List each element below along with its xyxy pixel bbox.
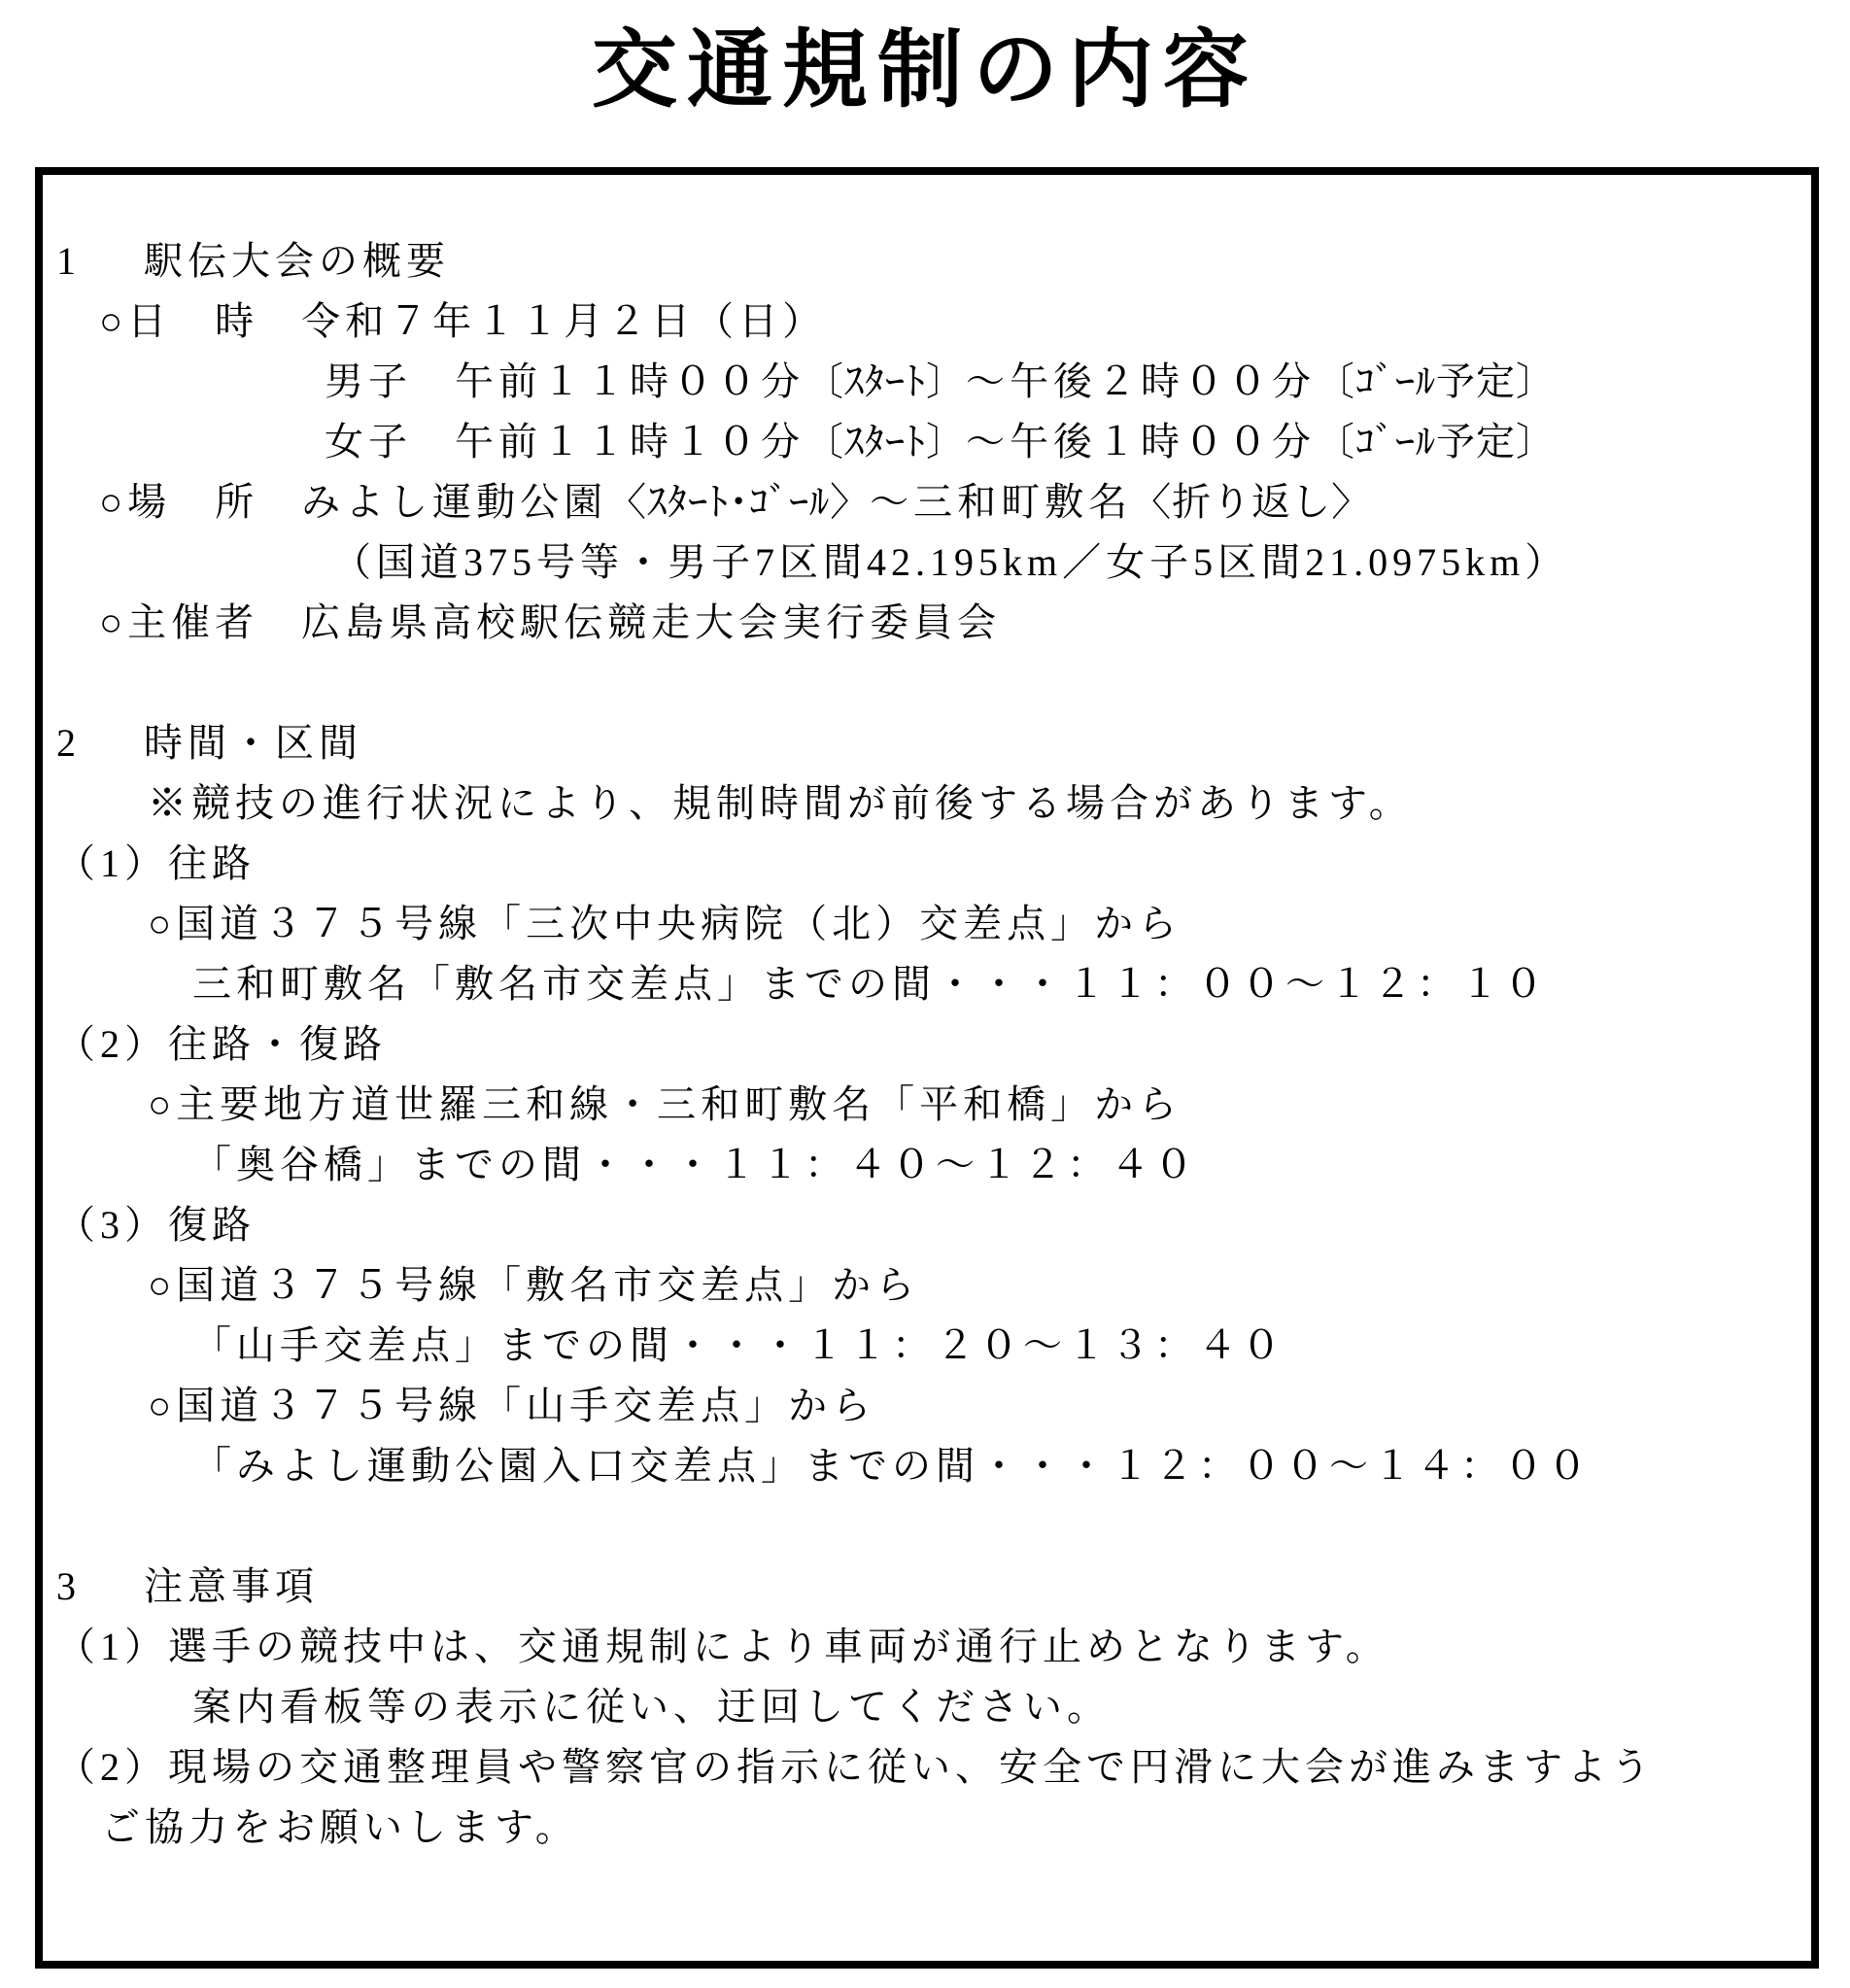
sub1-route-line: ○国道３７５号線「三次中央病院（北）交差点」から <box>43 894 1811 954</box>
caution-item2-line1: （2）現場の交通整理員や警察官の指示に従い、安全で円滑に大会が進みますよう <box>43 1737 1811 1798</box>
caution-item1-line2: 案内看板等の表示に従い、迂回してください。 <box>43 1677 1811 1737</box>
page-title: 交通規制の内容 <box>0 0 1850 167</box>
section-gap-1 <box>43 653 1811 713</box>
men-end-time: ～午後２時００分 <box>966 360 1316 403</box>
men-label: 男子 <box>325 360 412 403</box>
organizer-value: 広島県高校駅伝競走大会実行委員会 <box>301 600 1001 644</box>
section2-heading-text: 時間・区間 <box>144 721 362 765</box>
place-mid: ～三和町敷名 <box>870 480 1132 524</box>
sub3-time-line-1: 「山手交差点」までの間・・・１１：２０～１３：４０ <box>43 1316 1811 1376</box>
document-page: 交通規制の内容 1駅伝大会の概要 ○日 時令和７年１１月２日（日） 男子午前１１… <box>0 0 1850 1988</box>
section-gap-2 <box>43 1496 1811 1557</box>
women-start-note: 〔ｽﾀｰﾄ〕 <box>805 420 966 463</box>
women-label: 女子 <box>325 420 412 463</box>
men-end-note: 〔ｺﾞｰﾙ予定〕 <box>1316 360 1556 403</box>
women-schedule-line: 女子午前１１時１０分〔ｽﾀｰﾄ〕～午後１時００分〔ｺﾞｰﾙ予定〕 <box>43 412 1811 472</box>
section3-heading-text: 注意事項 <box>144 1564 319 1608</box>
place-line: ○場 所みよし運動公園〈ｽﾀｰﾄ･ｺﾞｰﾙ〉～三和町敷名〈折り返し〉 <box>43 472 1811 532</box>
women-end-note: 〔ｺﾞｰﾙ予定〕 <box>1316 420 1556 463</box>
men-start-note: 〔ｽﾀｰﾄ〕 <box>805 360 966 403</box>
sub3-time-line-2: 「みよし運動公園入口交差点」までの間・・・１２：００～１４：００ <box>43 1436 1811 1496</box>
caution-item2-line2: ご協力をお願いします。 <box>43 1798 1811 1858</box>
caution-item1-line1: （1）選手の競技中は、交通規制により車両が通行止めとなります。 <box>43 1617 1811 1677</box>
date-line: ○日 時令和７年１１月２日（日） <box>43 291 1811 352</box>
sub1-label-line: （1）往路 <box>43 834 1811 894</box>
date-label: ○日 時 <box>99 299 258 343</box>
section1-number: 1 <box>56 231 144 291</box>
section3-heading: 3注意事項 <box>43 1557 1811 1617</box>
sub3-label-line: （3）復路 <box>43 1195 1811 1255</box>
section3-number: 3 <box>56 1557 144 1617</box>
sub3-route-line-1: ○国道３７５号線「敷名市交差点」から <box>43 1255 1811 1316</box>
sub3-route-line-2: ○国道３７５号線「山手交差点」から <box>43 1376 1811 1436</box>
organizer-line: ○主催者広島県高校駅伝競走大会実行委員会 <box>43 593 1811 653</box>
sub2-time-line: 「奥谷橋」までの間・・・１１：４０～１２：４０ <box>43 1135 1811 1195</box>
sub2-label-line: （2）往路・復路 <box>43 1014 1811 1075</box>
section2-heading: 2時間・区間 <box>43 713 1811 773</box>
date-value: 令和７年１１月２日（日） <box>301 299 826 343</box>
restriction-note-line: ※競技の進行状況により、規制時間が前後する場合があります。 <box>43 773 1811 834</box>
women-start-time: 午前１１時１０分 <box>455 420 805 463</box>
organizer-label: ○主催者 <box>99 600 258 644</box>
place-label: ○場 所 <box>99 480 258 524</box>
women-end-time: ～午後１時００分 <box>966 420 1316 463</box>
place-name1: みよし運動公園 <box>301 480 607 524</box>
route-detail-line: （国道375号等・男子7区間42.195km／女子5区間21.0975km） <box>43 532 1811 593</box>
men-schedule-line: 男子午前１１時００分〔ｽﾀｰﾄ〕～午後２時００分〔ｺﾞｰﾙ予定〕 <box>43 352 1811 412</box>
men-start-time: 午前１１時００分 <box>455 360 805 403</box>
sub2-route-line: ○主要地方道世羅三和線・三和町敷名「平和橋」から <box>43 1075 1811 1135</box>
place-note1: 〈ｽﾀｰﾄ･ｺﾞｰﾙ〉 <box>607 480 870 524</box>
section1-heading: 1駅伝大会の概要 <box>43 231 1811 291</box>
section1-heading-text: 駅伝大会の概要 <box>144 239 450 283</box>
section2-number: 2 <box>56 713 144 773</box>
place-note2: 〈折り返し〉 <box>1132 480 1371 524</box>
sub1-time-line: 三和町敷名「敷名市交差点」までの間・・・１１：００～１２：１０ <box>43 954 1811 1014</box>
document-box: 1駅伝大会の概要 ○日 時令和７年１１月２日（日） 男子午前１１時００分〔ｽﾀｰ… <box>35 167 1819 1969</box>
